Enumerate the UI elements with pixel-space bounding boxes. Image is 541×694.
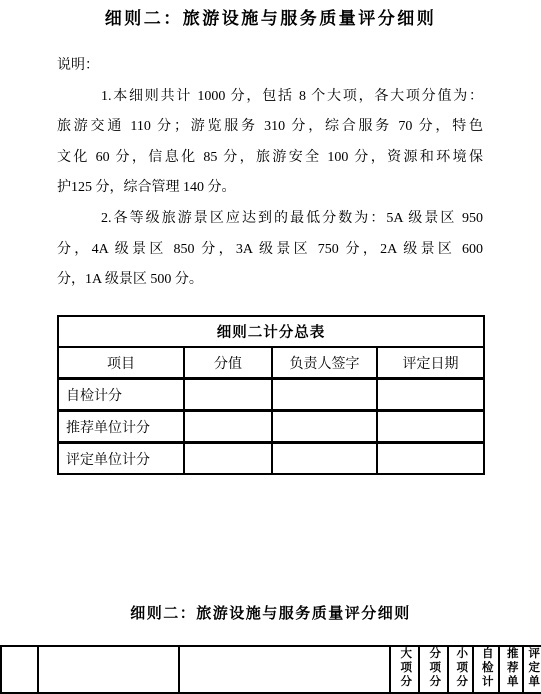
row-label-self-check: 自检计分 (58, 379, 184, 411)
column-header-self-check: 自检计 (473, 646, 499, 693)
column-header-recommender: 推荐单 (499, 646, 523, 693)
page-title: 细则二：旅游设施与服务质量评分细则 (0, 4, 541, 29)
empty-cell (377, 379, 484, 411)
empty-cell (377, 443, 484, 475)
paragraph1-line: 护125 分，综合管理 140 分。 (57, 173, 483, 204)
column-header-assessor: 评定单 (523, 646, 541, 693)
empty-cell (184, 443, 272, 475)
intro-label: 说明： (57, 51, 483, 82)
summary-table-header-row: 项目 分值 负责人签字 评定日期 (58, 347, 484, 379)
column-header-score: 分值 (184, 347, 272, 379)
summary-table: 细则二计分总表 项目 分值 负责人签字 评定日期 自检计分 推荐单位计分 评定单… (57, 315, 485, 475)
detail-table-header-row: 大项分 分项分 小项分 自检计 推荐单 评定单 (1, 646, 541, 693)
empty-cell (1, 646, 38, 693)
table-row: 评定单位计分 (58, 443, 484, 475)
paragraph2-line: 2.各等级旅游景区应达到的最低分数为：5A 级景区 950 (57, 204, 483, 235)
paragraph1-line: 旅游交通 110 分；游览服务 310 分，综合服务 70 分，特色 (57, 112, 483, 143)
paragraph1-line: 1.本细则共计 1000 分，包括 8 个大项，各大项分值为： (57, 82, 483, 113)
empty-cell (377, 411, 484, 443)
empty-cell (272, 379, 377, 411)
empty-cell (272, 411, 377, 443)
section-title: 细则二：旅游设施与服务质量评分细则 (0, 602, 541, 623)
empty-cell (179, 646, 390, 693)
table-row: 推荐单位计分 (58, 411, 484, 443)
summary-table-title: 细则二计分总表 (58, 316, 484, 347)
empty-cell (272, 443, 377, 475)
summary-table-title-row: 细则二计分总表 (58, 316, 484, 347)
empty-cell (184, 379, 272, 411)
column-header-item: 项目 (58, 347, 184, 379)
table-row: 自检计分 (58, 379, 484, 411)
column-header-date: 评定日期 (377, 347, 484, 379)
detail-table: 大项分 分项分 小项分 自检计 推荐单 评定单 (0, 645, 541, 694)
paragraph1-line: 文化 60 分，信息化 85 分，旅游安全 100 分，资源和环境保 (57, 143, 483, 174)
row-label-assessor: 评定单位计分 (58, 443, 184, 475)
column-header-signature: 负责人签字 (272, 347, 377, 379)
paragraph2-line: 分，4A 级景区 850 分，3A 级景区 750 分，2A 级景区 600 (57, 235, 483, 266)
column-header-minor-item-score: 小项分 (448, 646, 473, 693)
empty-cell (184, 411, 272, 443)
intro-section: 说明： 1.本细则共计 1000 分，包括 8 个大项，各大项分值为： 旅游交通… (57, 51, 483, 296)
empty-cell (38, 646, 179, 693)
column-header-sub-item-score: 分项分 (419, 646, 448, 693)
row-label-recommender: 推荐单位计分 (58, 411, 184, 443)
column-header-major-item-score: 大项分 (390, 646, 419, 693)
paragraph2-line: 分，1A 级景区 500 分。 (57, 265, 483, 296)
document-page: 细则二：旅游设施与服务质量评分细则 说明： 1.本细则共计 1000 分，包括 … (0, 0, 541, 694)
